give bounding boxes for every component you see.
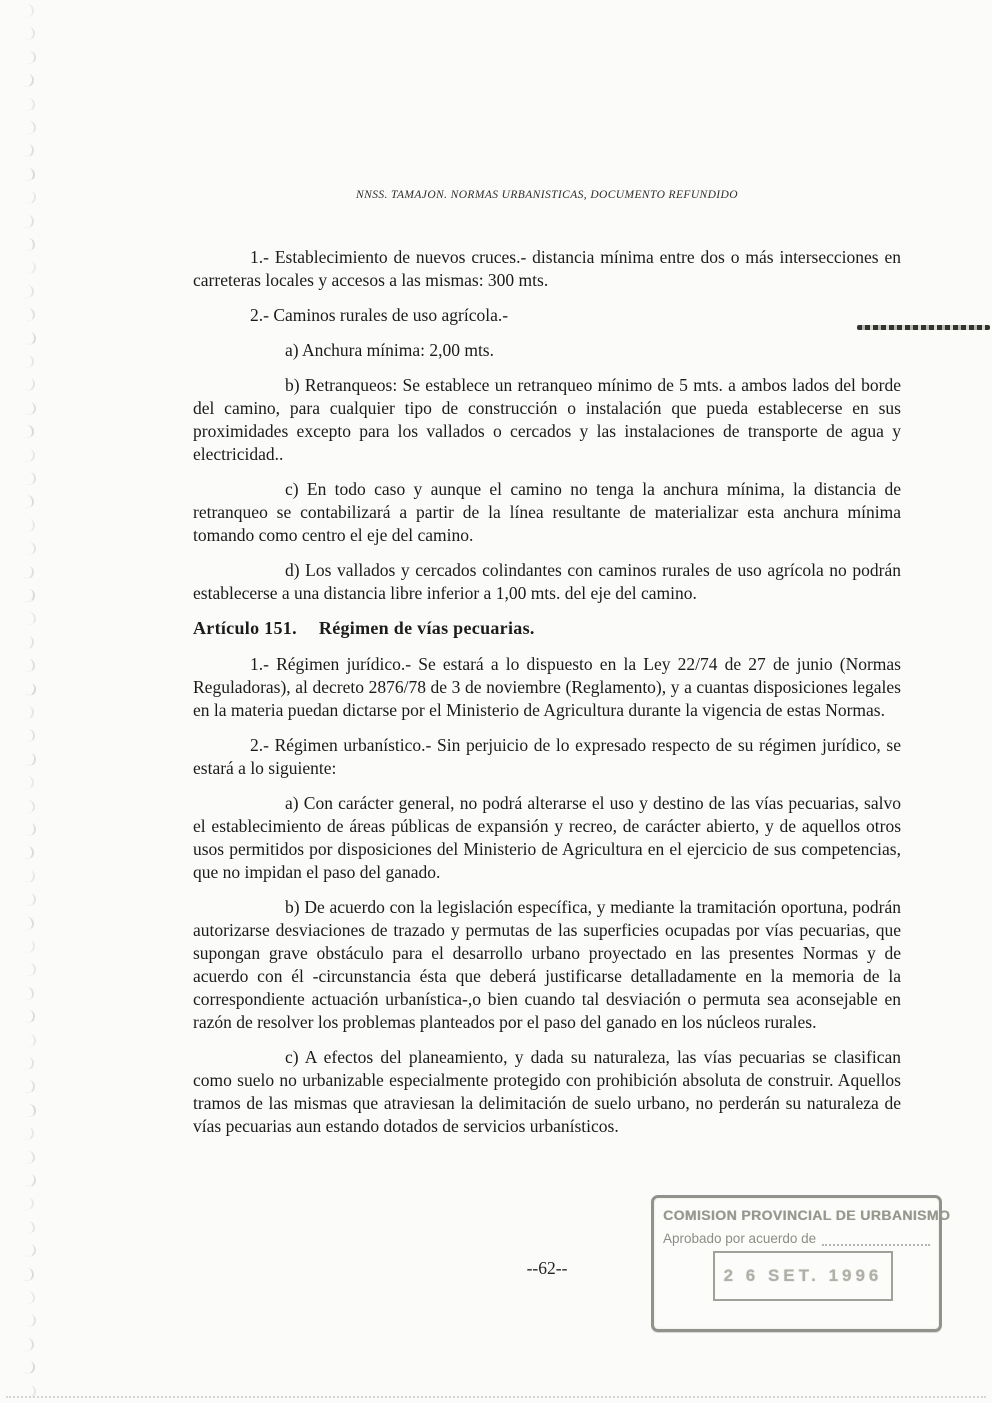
- binding-mark-artifact: [25, 1010, 36, 1024]
- binding-mark-artifact: [25, 589, 35, 602]
- article-heading: Artículo 151.Régimen de vías pecuarias.: [193, 617, 901, 640]
- stamp-date: 2 6 SET. 1996: [724, 1266, 883, 1286]
- binding-mark-artifact: [25, 27, 36, 41]
- binding-mark-artifact: [24, 1268, 34, 1281]
- binding-mark-artifact: [23, 3, 35, 18]
- binding-mark-artifact: [23, 1056, 35, 1070]
- binding-mark-artifact: [24, 378, 36, 392]
- binding-mark-artifact: [24, 285, 34, 298]
- binding-mark-artifact: [26, 402, 36, 415]
- paragraph: c) En todo caso y aunque el camino no te…: [193, 478, 901, 547]
- paragraph: 2.- Régimen urbanístico.- Sin perjuicio …: [193, 734, 901, 780]
- binding-mark-artifact: [24, 448, 35, 462]
- binding-mark-artifact: [26, 823, 37, 837]
- binding-mark-artifact: [25, 190, 37, 205]
- binding-mark-artifact: [24, 869, 36, 883]
- stamp-subtitle-row: Aprobado por acuerdo de: [663, 1231, 930, 1246]
- binding-mark-artifact: [25, 1173, 37, 1188]
- binding-mark-artifact: [24, 1337, 35, 1351]
- binding-mark-artifact: [23, 425, 35, 439]
- binding-mark-artifact: [23, 1127, 34, 1141]
- binding-mark-artifact: [25, 682, 37, 697]
- binding-mark-artifact: [25, 519, 36, 533]
- binding-mark-artifact: [25, 1150, 36, 1164]
- binding-mark-artifact: [24, 799, 36, 813]
- binding-mark-artifact: [23, 916, 35, 930]
- binding-mark-artifact: [23, 144, 34, 158]
- binding-mark-artifact: [26, 331, 37, 345]
- binding-mark-artifact: [26, 893, 36, 906]
- binding-mark-artifact: [23, 74, 35, 88]
- stamp-dotted-line: [822, 1240, 930, 1246]
- article-number: Artículo 151.: [193, 618, 297, 638]
- binding-mark-artifact: [25, 612, 37, 626]
- scan-streak-artifact: [857, 325, 990, 330]
- binding-mark-artifact: [23, 495, 35, 510]
- stamp-subtitle: Aprobado por acuerdo de: [663, 1231, 816, 1246]
- bottom-edge-artifact: [6, 1396, 986, 1398]
- paragraph: b) De acuerdo con la legislación específ…: [193, 896, 901, 1034]
- binding-mark-artifact: [23, 565, 35, 579]
- paragraph: 2.- Caminos rurales de uso agrícola.-: [193, 304, 901, 327]
- approval-stamp: COMISION PROVINCIAL DE URBANISMO Aprobad…: [651, 1195, 942, 1332]
- binding-mark-artifact: [25, 168, 36, 182]
- binding-mark-artifact: [25, 1103, 37, 1117]
- binding-mark-artifact: [25, 1244, 37, 1258]
- paragraph: a) Con carácter general, no podrá altera…: [193, 792, 901, 884]
- binding-mark-artifact: [25, 98, 35, 111]
- paragraph: c) A efectos del planeamiento, y dada su…: [193, 1046, 901, 1138]
- binding-mark-artifact: [26, 472, 36, 485]
- document-header: NNSS. TAMAJON. NORMAS URBANISTICAS, DOCU…: [193, 189, 901, 201]
- binding-mark-artifact: [24, 1360, 36, 1374]
- binding-mark-artifact: [25, 1033, 36, 1047]
- binding-mark-artifact: [24, 940, 35, 954]
- paragraph: b) Retranqueos: Se establece un retranqu…: [193, 374, 901, 466]
- paragraph: a) Anchura mínima: 2,00 mts.: [193, 339, 901, 362]
- binding-mark-artifact: [26, 963, 36, 976]
- stamp-date-box: 2 6 SET. 1996: [713, 1251, 893, 1301]
- document-body: 1.- Establecimiento de nuevos cruces.- d…: [193, 246, 901, 1150]
- paragraph: d) Los vallados y cercados colindantes c…: [193, 559, 901, 605]
- binding-mark-artifact: [24, 776, 34, 789]
- binding-mark-artifact: [25, 542, 36, 556]
- stamp-title: COMISION PROVINCIAL DE URBANISMO: [663, 1207, 933, 1223]
- binding-mark-artifact: [24, 214, 34, 227]
- binding-mark-artifact: [24, 1220, 35, 1234]
- binding-mark-artifact: [25, 752, 37, 766]
- binding-mark-artifact: [24, 355, 35, 369]
- binding-marks: [0, 0, 60, 1403]
- binding-mark-artifact: [24, 307, 36, 321]
- binding-mark-artifact: [25, 261, 37, 275]
- binding-mark-artifact: [23, 986, 35, 1001]
- binding-mark-artifact: [26, 1314, 37, 1328]
- binding-mark-artifact: [24, 1290, 36, 1304]
- paragraph: 1.- Establecimiento de nuevos cruces.- d…: [193, 246, 901, 292]
- paragraph: 1.- Régimen jurídico.- Se estará a lo di…: [193, 653, 901, 722]
- binding-mark-artifact: [25, 1080, 35, 1093]
- binding-mark-artifact: [25, 120, 37, 134]
- binding-mark-artifact: [24, 729, 35, 743]
- binding-mark-artifact: [24, 706, 34, 719]
- binding-mark-artifact: [25, 50, 36, 64]
- binding-mark-artifact: [24, 238, 35, 252]
- binding-mark-artifact: [24, 1197, 34, 1210]
- binding-mark-artifact: [24, 846, 35, 860]
- article-title: Régimen de vías pecuarias.: [319, 618, 535, 638]
- binding-mark-artifact: [23, 635, 34, 649]
- binding-mark-artifact: [25, 659, 36, 673]
